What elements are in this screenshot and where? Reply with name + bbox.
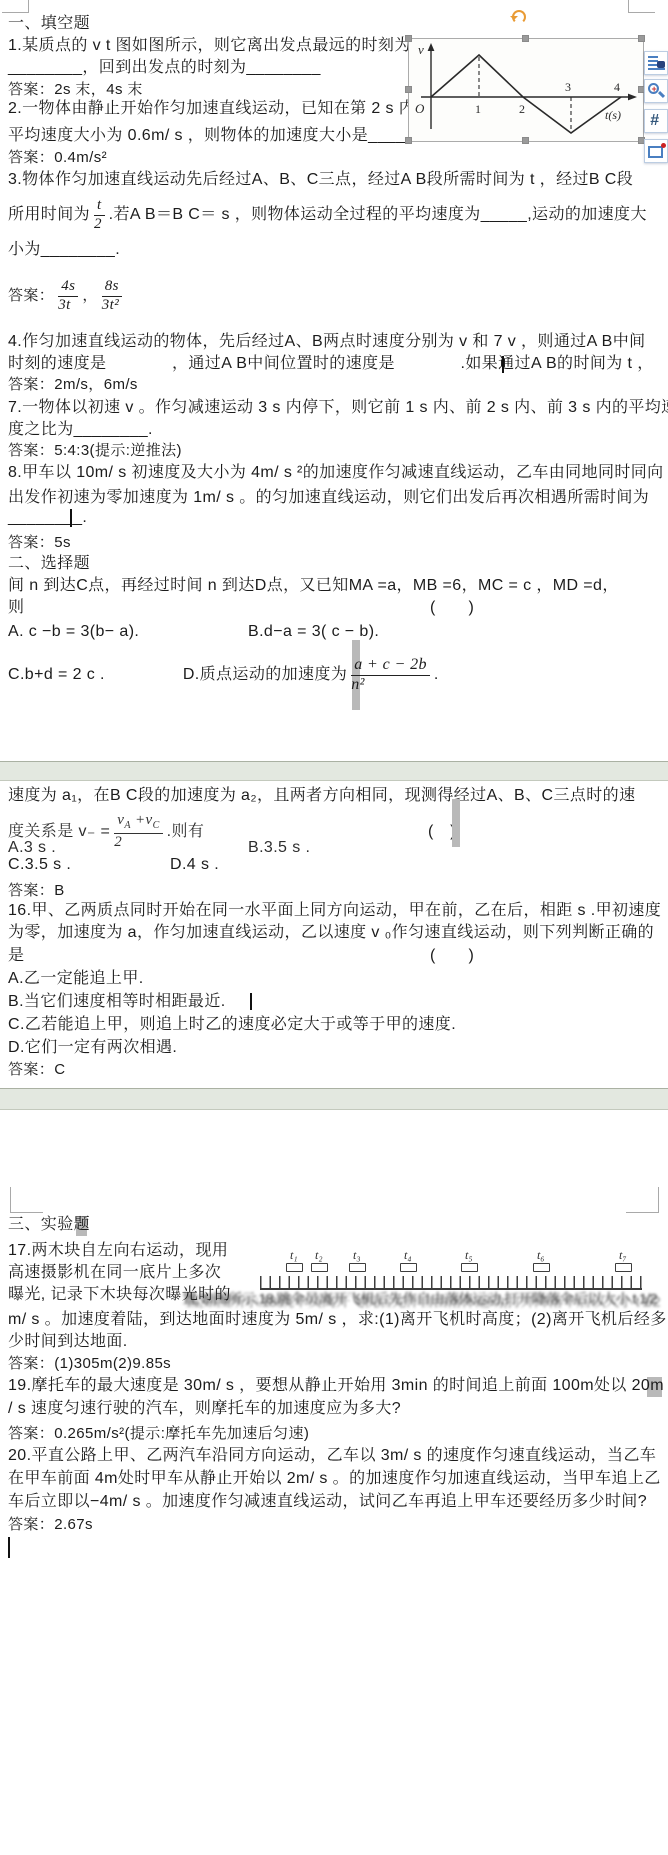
block-position-box xyxy=(349,1263,366,1272)
q20-line1[interactable]: 20.平直公路上甲、乙两汽车沿同方向运动，乙车以 3m/ s 的速度作匀速直线运… xyxy=(8,1446,656,1466)
q2-line1[interactable]: 2.一物体由静止开始作匀加速直线运动，已知在第 2 s 内的 xyxy=(8,99,432,119)
qx-line1[interactable]: 间 n 到达C点，再经过时间 n 到达D点，又已知MA =a，MB =6，MC … xyxy=(8,576,619,596)
overlapping-text-artifact: 置,如图所示.18.跳伞员离开飞机后先作自由落体运动,打开降落伞后以大小 t 1… xyxy=(185,1292,665,1311)
q1-answer[interactable]: 答案：2s 末，4s 末 xyxy=(8,80,143,100)
q19-line2[interactable]: / s 速度匀速行驶的汽车，则摩托车的加速度应为多大? xyxy=(8,1399,401,1419)
q15-answer[interactable]: 答案：B xyxy=(8,881,65,901)
fraction-acceleration: a + c − 2bn² xyxy=(351,657,430,694)
qx-option-b[interactable]: B.d−a = 3( c − b). xyxy=(248,622,379,642)
q2-answer[interactable]: 答案：0.4m/s² xyxy=(8,148,107,168)
exposure-label: t₅ xyxy=(465,1248,473,1263)
q3-answer[interactable]: 答案： 4s3t ， 8s3t² xyxy=(8,276,126,316)
svg-text:t(s): t(s) xyxy=(605,108,621,122)
exposure-label: t₆ xyxy=(537,1248,545,1263)
svg-text:O: O xyxy=(415,101,425,116)
q16-line2[interactable]: 为零，加速度为 a，作匀加速直线运动，乙以速度 v ₀作匀速直线运动，则下列判断… xyxy=(8,923,654,943)
q7-answer[interactable]: 答案：5:4:3(提示:逆推法) xyxy=(8,441,182,461)
q16-option-d[interactable]: D.它们一定有两次相遇. xyxy=(8,1038,177,1058)
q18-line2[interactable]: m/ s 。加速度着陆，到达地面时速度为 5m/ s ，求:(1)离开飞机时高度… xyxy=(8,1310,667,1330)
svg-text:4: 4 xyxy=(614,80,620,94)
svg-text:1: 1 xyxy=(475,102,481,116)
text-cursor xyxy=(502,356,504,373)
svg-text:v: v xyxy=(418,42,424,57)
answer-parens: ( ) xyxy=(430,598,474,618)
q20-line3[interactable]: 车后立即以−4m/ s 。加速度作匀减速直线运动，试问乙车再追上甲车还要经历多少… xyxy=(8,1492,647,1512)
block-position-box xyxy=(286,1263,303,1272)
q4-answer[interactable]: 答案：2m/s，6m/s xyxy=(8,375,138,395)
q8-line1[interactable]: 8.甲车以 10m/ s 初速度及大小为 4m/ s ²的加速度作匀减速直线运动… xyxy=(8,463,664,483)
text-cursor xyxy=(70,509,72,527)
fraction-8s-over-3t2: 8s3t² xyxy=(102,279,122,314)
picture-tool-icon[interactable] xyxy=(644,51,668,75)
q20-line2[interactable]: 在甲车前面 4m处时甲车从静止开始以 2m/ s 。的加速度作匀加速直线运动，当… xyxy=(8,1469,661,1489)
q16-answer[interactable]: 答案：C xyxy=(8,1060,65,1080)
zoom-in-icon[interactable]: + xyxy=(644,79,668,103)
block-position-box xyxy=(461,1263,478,1272)
fraction-4s-over-3t: 4s3t xyxy=(58,279,78,314)
fraction-va-plus-vc-over-2: vA +vC 2 xyxy=(114,813,162,850)
block-position-box xyxy=(533,1263,550,1272)
q15-relation-post: .则有 xyxy=(167,822,205,842)
q7-line1[interactable]: 7.一物体以初速 v 。作匀减速运动 3 s 内停下，则它前 1 s 内、前 2… xyxy=(8,398,668,418)
section-title-fill-blank[interactable]: 一、填空题 xyxy=(8,14,90,34)
resize-handle[interactable] xyxy=(405,86,412,93)
section-title-experiment[interactable]: 三、实验题 xyxy=(8,1215,90,1235)
q19-line1[interactable]: 19.摩托车的最大速度是 30m/ s ，要想从静止开始用 3min 的时间追上… xyxy=(8,1376,664,1396)
answer-parens: ( ) xyxy=(430,946,474,966)
exposure-label: t₁ xyxy=(290,1248,298,1263)
resize-handle[interactable] xyxy=(522,35,529,42)
q16-line1[interactable]: 16.甲、乙两质点同时开始在同一水平面上同方向运动，甲在前，乙在后，相距 s .… xyxy=(8,901,661,921)
qx-option-cd[interactable]: C.b+d = 2 c . D.质点运动的加速度为 a + c − 2bn² . xyxy=(8,654,439,696)
block-position-box xyxy=(311,1263,328,1272)
qx-option-a[interactable]: A. c −b = 3(b− a). xyxy=(8,622,139,642)
svg-text:3: 3 xyxy=(565,80,571,94)
q16-option-a[interactable]: A.乙一定能追上甲. xyxy=(8,969,144,989)
resize-handle[interactable] xyxy=(405,35,412,42)
svg-text:2: 2 xyxy=(519,102,525,116)
q16-line3[interactable]: 是 xyxy=(8,946,24,966)
q4-line2[interactable]: 时刻的速度是 ，通过A B中间位置时的速度是 .如果通过A B的时间为 t ， xyxy=(8,354,654,374)
page-corner-mark xyxy=(628,0,655,13)
q18-answer[interactable]: 答案：(1)305m(2)9.85s xyxy=(8,1354,171,1374)
q2-line2[interactable]: 平均速度大小为 0.6m/ s ，则物体的加速度大小是____ · xyxy=(8,126,416,146)
text-cursor xyxy=(250,993,252,1010)
q15-velocity-relation-line[interactable]: 度关系是 v₋ = vA +vC 2 .则有 xyxy=(8,814,204,850)
q17-line1[interactable]: 17.两木块自左向右运动，现用 xyxy=(8,1241,228,1261)
section-title-choice[interactable]: 二、选择题 xyxy=(8,554,90,574)
qx-option-c: C.b+d = 2 c . xyxy=(8,665,105,685)
page-corner-mark xyxy=(2,0,29,13)
q15-option-b-ghost[interactable]: B.3.5 s . xyxy=(248,838,310,858)
screenshot-window-icon[interactable] xyxy=(644,139,668,163)
vt-graph: 1 2 3 4 O v t(s) xyxy=(409,39,641,139)
resize-handle[interactable] xyxy=(522,137,529,144)
vt-graph-image[interactable]: 1 2 3 4 O v t(s) xyxy=(408,38,644,142)
fraction-t-over-2: t2 xyxy=(94,198,105,233)
q18-line3[interactable]: 少时间到达地面. xyxy=(8,1332,128,1352)
q20-answer[interactable]: 答案：2.67s xyxy=(8,1515,93,1535)
selection-bar xyxy=(452,799,460,847)
q15-option-d[interactable]: D.4 s . xyxy=(170,855,219,875)
q4-line1[interactable]: 4.作匀加速直线运动的物体，先后经过A、B两点时速度分别为 v 和 7 v ，则… xyxy=(8,332,646,352)
resize-handle[interactable] xyxy=(405,137,412,144)
block-position-box xyxy=(615,1263,632,1272)
exposure-label: t₄ xyxy=(404,1248,412,1263)
crop-icon[interactable]: # xyxy=(644,109,668,133)
q3-line2-pre: 所用时间为 xyxy=(8,205,90,225)
q3-line3[interactable]: 小为________. xyxy=(8,240,120,260)
q16-option-c[interactable]: C.乙若能追上甲，则追上时乙的速度必定大于或等于甲的速度. xyxy=(8,1015,456,1035)
q3-line2-post: .若A B＝B C＝ s ，则物体运动全过程的平均速度为_____,运动的加速度… xyxy=(109,205,647,225)
q3-line2[interactable]: 所用时间为 t2 .若A B＝B C＝ s ，则物体运动全过程的平均速度为___… xyxy=(8,196,647,234)
exposure-label: t₇ xyxy=(619,1248,627,1263)
block-position-box xyxy=(400,1263,417,1272)
q8-line3[interactable]: ________. xyxy=(8,508,87,528)
answer-label: 答案： xyxy=(8,286,54,306)
resize-handle[interactable] xyxy=(638,35,645,42)
q8-answer[interactable]: 答案：5s xyxy=(8,533,71,553)
q1-line1[interactable]: 1.某质点的 v t 图如图所示，则它离出发点最远的时刻为 xyxy=(8,36,411,56)
exposure-label: t₂ xyxy=(315,1248,323,1263)
q3-line1[interactable]: 3.物体作匀加速直线运动先后经过A、B、C三点，经过A B段所需时间为 t ，经… xyxy=(8,170,633,190)
q7-line2[interactable]: 度之比为________. xyxy=(8,420,153,440)
q8-line2[interactable]: 出发作初速为零加速度为 1m/ s 。的匀加速直线运动，则它们出发后再次相遇所需… xyxy=(8,488,649,508)
q17-line2[interactable]: 高速摄影机在同一底片上多次 xyxy=(8,1263,221,1283)
q15-line1[interactable]: 速度为 a₁，在B C段的加速度为 a₂，且两者方向相同，现测得经过A、B、C三… xyxy=(8,786,635,806)
qx-line2[interactable]: 则 xyxy=(8,598,24,618)
q15-relation-pre: 度关系是 v₋ = xyxy=(8,822,110,842)
text-cursor xyxy=(8,1537,10,1558)
q19-answer[interactable]: 答案：0.265m/s²(提示:摩托车先加速后匀速) xyxy=(8,1424,309,1444)
exposure-label: t₃ xyxy=(353,1248,361,1263)
document-window: 一、填空题 1.某质点的 v t 图如图所示，则它离出发点最远的时刻为 ____… xyxy=(0,0,668,1855)
rotate-handle-icon[interactable] xyxy=(512,10,526,24)
page-corner-mark xyxy=(626,1187,659,1213)
page-corner-mark xyxy=(10,1187,43,1213)
q15-option-c[interactable]: C.3.5 s . xyxy=(8,855,71,875)
q16-option-b[interactable]: B.当它们速度相等时相距最近. xyxy=(8,992,226,1012)
q1-line2[interactable]: ________，回到出发点的时刻为________ xyxy=(8,58,321,78)
qx-option-d-pre: D.质点运动的加速度为 xyxy=(183,665,347,685)
